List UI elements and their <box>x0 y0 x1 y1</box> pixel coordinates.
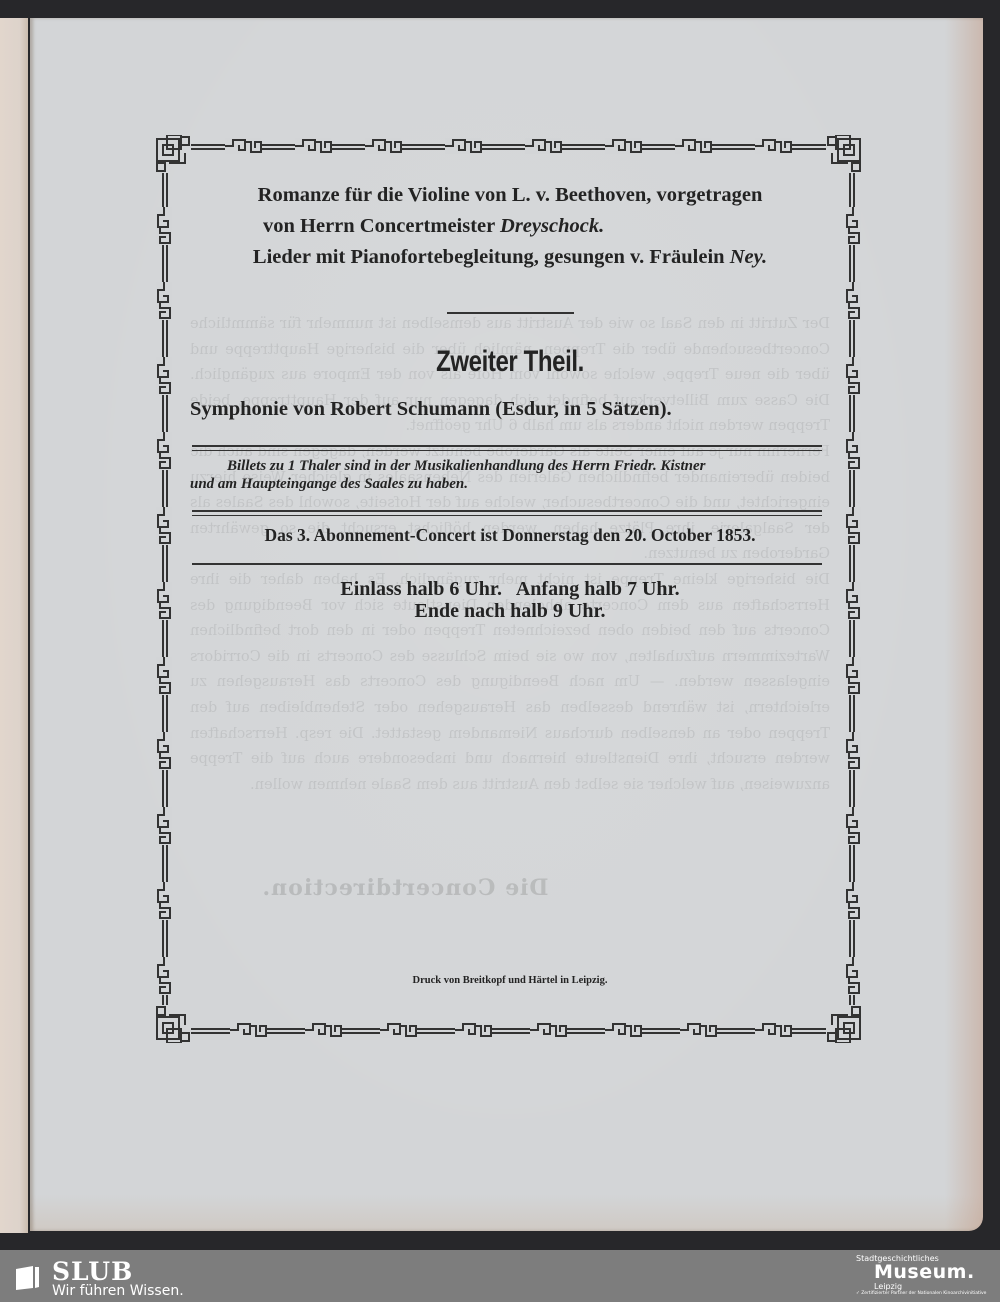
romanze-line-1: Romanze für die Violine von L. v. Beetho… <box>258 184 763 206</box>
program-item-romanze-performer: von Herrn Concertmeister Dreyschock. <box>190 211 830 242</box>
museum-city: Leipzig <box>846 1282 986 1291</box>
program-content: Romanze für die Violine von L. v. Beetho… <box>190 180 830 273</box>
double-rule-divider <box>192 510 822 516</box>
ticket-info-line-1: Billets zu 1 Thaler sind in der Musikali… <box>190 457 830 475</box>
slub-book-icon[interactable] <box>13 1263 41 1296</box>
ticket-info-line-2: und am Haupteingange des Saales zu haben… <box>190 475 830 493</box>
times-line-2: Ende nach halb 9 Uhr. <box>190 600 830 622</box>
museum-brand: Museum. <box>846 1263 986 1282</box>
romanze-line-2: von Herrn Concertmeister <box>263 215 500 237</box>
times-line-1: Einlass halb 6 Uhr. Anfang halb 7 Uhr. <box>190 578 830 600</box>
rule-divider <box>192 563 822 565</box>
concert-times: Einlass halb 6 Uhr. Anfang halb 7 Uhr. E… <box>190 578 830 622</box>
double-rule-divider <box>192 445 822 451</box>
ticket-info: Billets zu 1 Thaler sind in der Musikali… <box>190 457 830 493</box>
museum-logo[interactable]: Stadtgeschichtliches Museum. Leipzig ✓ Z… <box>846 1254 986 1296</box>
printer-imprint: Druck von Breitkopf und Härtel in Leipzi… <box>190 975 830 986</box>
program-item-romanze: Romanze für die Violine von L. v. Beetho… <box>190 180 830 211</box>
part-title: Zweiter Theil. <box>254 345 766 379</box>
performer-name: Dreyschock. <box>500 215 604 237</box>
program-item-symphony: Symphonie von Robert Schumann (Esdur, in… <box>190 398 672 421</box>
previous-page-edge <box>0 18 28 1233</box>
slub-tagline: Wir führen Wissen. <box>52 1283 184 1299</box>
document-viewer: Der Zutritt in den Saal so wie der Austr… <box>0 0 1000 1250</box>
museum-note: ✓ Zertifizierter Partner der Nationalen … <box>846 1291 986 1296</box>
lieder-line: Lieder mit Pianofortebegleitung, gesunge… <box>253 246 730 268</box>
section-divider <box>447 312 574 314</box>
museum-note-text: Zertifizierter Partner der Nationalen Ki… <box>861 1291 986 1296</box>
singer-name: Ney. <box>730 246 767 268</box>
footer-bar: SLUB Wir führen Wissen. Stadtgeschichtli… <box>0 1250 1000 1302</box>
program-item-lieder: Lieder mit Pianofortebegleitung, gesunge… <box>190 242 830 273</box>
checkmark-icon: ✓ <box>856 1291 860 1296</box>
next-concert-notice: Das 3. Abonnement-Concert ist Donnerstag… <box>190 525 830 546</box>
slub-logo-text[interactable]: SLUB <box>52 1257 133 1286</box>
